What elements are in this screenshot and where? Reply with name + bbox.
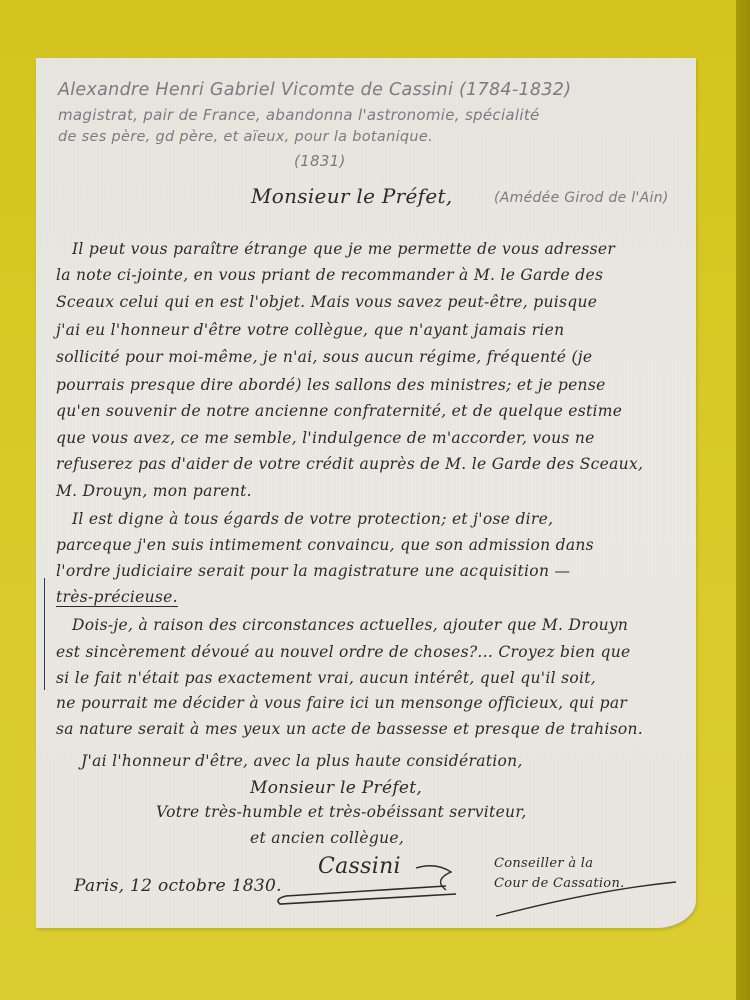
body-line: sa nature serait à mes yeux un acte de b… [56, 720, 643, 738]
closing-line-2: et ancien collègue, [250, 829, 404, 847]
body-line: l'ordre judiciaire serait pour la magist… [56, 562, 570, 580]
pencil-note-line-2: magistrat, pair de France, abandonna l'a… [58, 106, 540, 124]
pencil-note-line-3: de ses père, gd père, et aïeux, pour la … [58, 129, 433, 145]
margin-mark [44, 578, 45, 690]
body-line: ne pourrait me décider à vous faire ici … [56, 694, 627, 712]
salutation-pencil-note: (Amédée Girod de l'Ain) [494, 190, 669, 206]
body-line: qu'en souvenir de notre ancienne confrat… [56, 402, 622, 420]
pencil-note-year: (1831) [294, 152, 346, 170]
letter-sheet: Alexandre Henri Gabriel Vicomte de Cassi… [36, 58, 696, 928]
body-line: Il est digne à tous égards de votre prot… [72, 510, 553, 528]
body-line: pourrais presque dire abordé) les sallon… [56, 376, 606, 394]
body-line: la note ci-jointe, en vous priant de rec… [56, 266, 603, 284]
closing-line-1: Votre très-humble et très-obéissant serv… [156, 803, 527, 821]
body-line: Il peut vous paraître étrange que je me … [72, 240, 615, 258]
body-line: j'ai eu l'honneur d'être votre collègue,… [56, 321, 564, 339]
body-line: si le fait n'était pas exactement vrai, … [56, 669, 596, 687]
body-line: est sincèrement dévoué au nouvel ordre d… [56, 643, 631, 661]
backdrop-edge-shadow [736, 0, 750, 1000]
body-line: sollicité pour moi-même, je n'ai, sous a… [56, 348, 592, 366]
place-date: Paris, 12 octobre 1830. [74, 876, 282, 896]
body-line: que vous avez, ce me semble, l'indulgenc… [56, 429, 595, 447]
body-line-underlined: très-précieuse. [56, 588, 178, 607]
pencil-note-line-1: Alexandre Henri Gabriel Vicomte de Cassi… [58, 80, 571, 100]
closing-salutation: Monsieur le Préfet, [250, 778, 422, 798]
signature-flourish [266, 858, 686, 918]
body-line: refuserez pas d'aider de votre crédit au… [56, 455, 643, 473]
body-line: Dois-je, à raison des circonstances actu… [72, 616, 628, 634]
body-line: M. Drouyn, mon parent. [56, 482, 252, 500]
salutation: Monsieur le Préfet, [251, 184, 452, 208]
body-line: parceque j'en suis intimement convaincu,… [56, 536, 594, 554]
body-line: Sceaux celui qui en est l'objet. Mais vo… [56, 293, 597, 311]
body-line: J'ai l'honneur d'être, avec la plus haut… [81, 752, 523, 770]
